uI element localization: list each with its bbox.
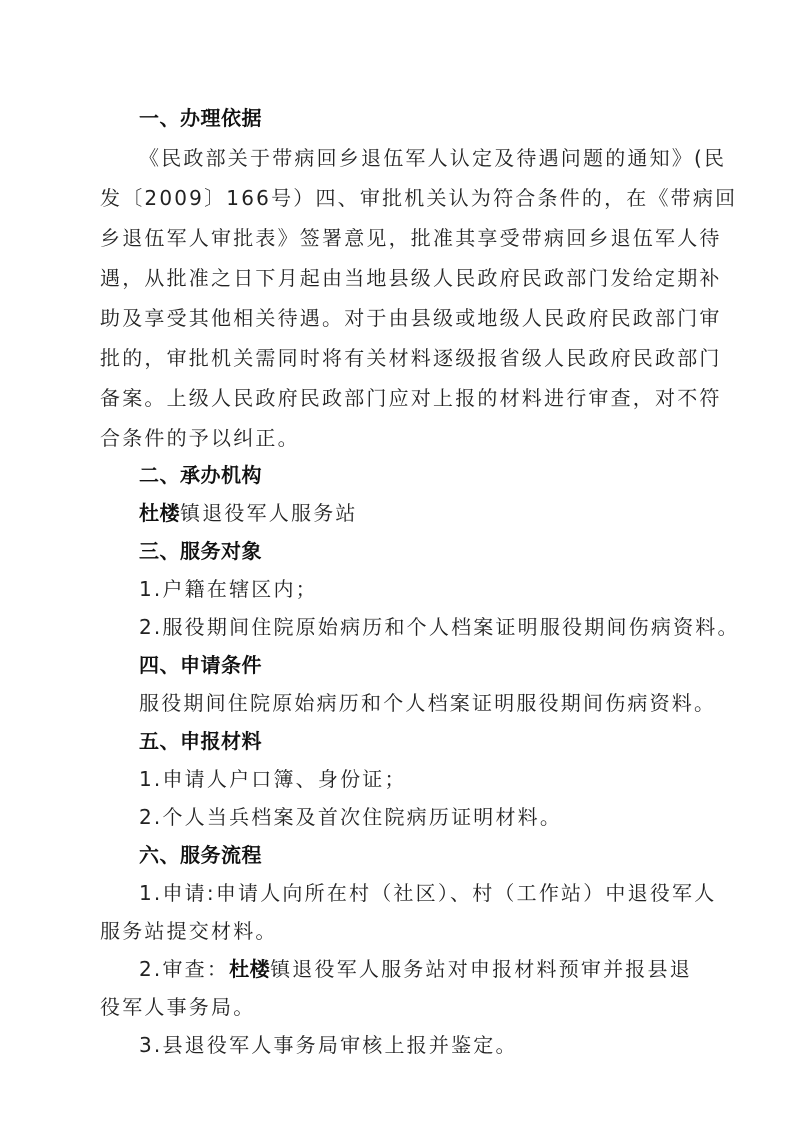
basis-line-6: 批的，审批机关需同时将有关材料逐级报省级人民政府民政部门 xyxy=(100,345,700,371)
heading-conditions: 四、申请条件 xyxy=(139,652,739,678)
heading-process: 六、服务流程 xyxy=(139,842,739,868)
document-page: 一、办理依据 《民政部关于带病回乡退伍军人认定及待遇问题的通知》(民 发〔200… xyxy=(0,0,793,1122)
organization-name: 杜楼镇退役军人服务站 xyxy=(139,500,739,526)
materials-item-1: 1.申请人户口簿、身份证； xyxy=(139,766,739,792)
target-item-2: 2.服役期间住院原始病历和个人档案证明服役期间伤病资料。 xyxy=(139,614,739,640)
process-step-1-line-2: 服务站提交材料。 xyxy=(100,918,700,944)
basis-line-2: 发〔2009〕166号）四、审批机关认为符合条件的，在《带病回 xyxy=(100,185,700,211)
basis-line-7: 备案。上级人民政府民政部门应对上报的材料进行审查，对不符 xyxy=(100,385,700,411)
step-2-prefix: 2.审查： xyxy=(139,957,229,981)
step-2-town: 杜楼 xyxy=(229,957,270,981)
town-name: 杜楼 xyxy=(139,501,180,525)
step-2-rest: 镇退役军人服务站对申报材料预审并报县退 xyxy=(270,957,692,981)
basis-line-5: 助及享受其他相关待遇。对于由县级或地级人民政府民政部门审 xyxy=(100,305,700,331)
heading-organization: 二、承办机构 xyxy=(139,462,739,488)
basis-line-8: 合条件的予以纠正。 xyxy=(100,425,700,451)
heading-materials: 五、申报材料 xyxy=(139,728,739,754)
heading-target: 三、服务对象 xyxy=(139,538,739,564)
basis-line-3: 乡退伍军人审批表》签署意见，批准其享受带病回乡退伍军人待 xyxy=(100,225,700,251)
process-step-1-line-1: 1.申请:申请人向所在村（社区）、村（工作站）中退役军人 xyxy=(139,880,739,906)
conditions-text: 服役期间住院原始病历和个人档案证明服役期间伤病资料。 xyxy=(139,690,739,716)
basis-line-1: 《民政部关于带病回乡退伍军人认定及待遇问题的通知》(民 xyxy=(139,145,739,171)
process-step-2-line-1: 2.审查：杜楼镇退役军人服务站对申报材料预审并报县退 xyxy=(139,956,739,982)
process-step-3: 3.县退役军人事务局审核上报并鉴定。 xyxy=(139,1032,739,1058)
materials-item-2: 2.个人当兵档案及首次住院病历证明材料。 xyxy=(139,804,739,830)
target-item-1: 1.户籍在辖区内； xyxy=(139,576,739,602)
organization-rest: 镇退役军人服务站 xyxy=(180,501,358,525)
process-step-2-line-2: 役军人事务局。 xyxy=(100,994,700,1020)
heading-basis: 一、办理依据 xyxy=(139,105,739,131)
basis-line-4: 遇，从批准之日下月起由当地县级人民政府民政部门发给定期补 xyxy=(100,265,700,291)
